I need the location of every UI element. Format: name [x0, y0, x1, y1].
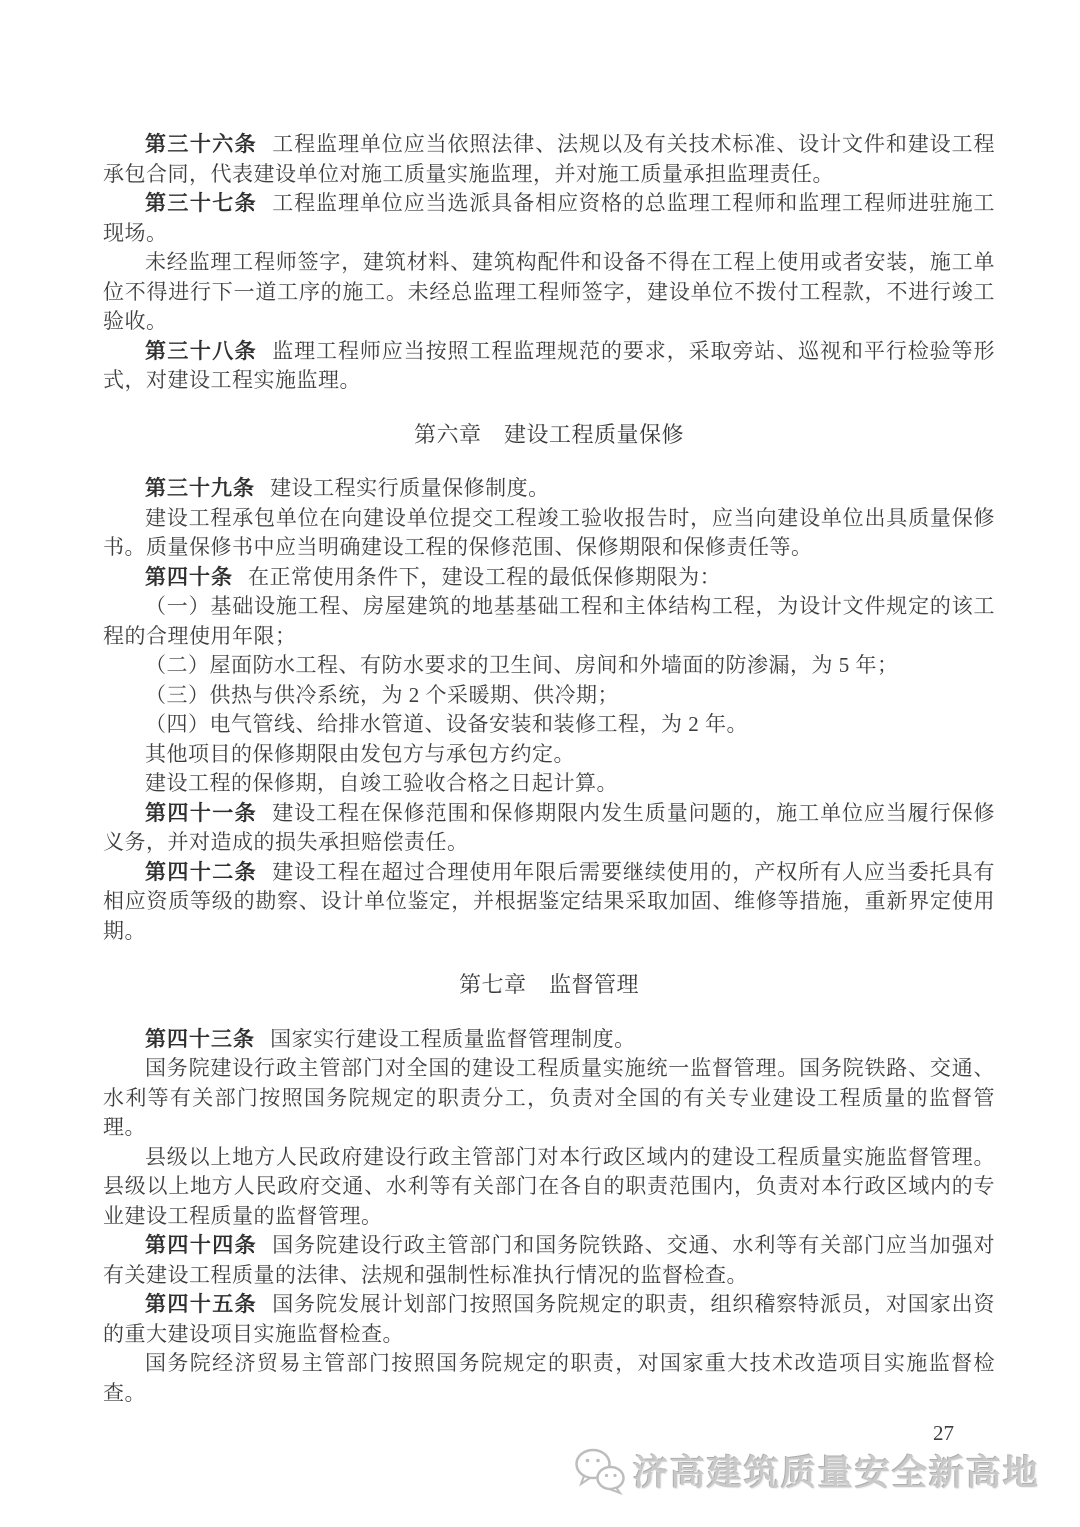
paragraph-text: 其他项目的保修期限由发包方与承包方约定。	[145, 742, 575, 766]
body-paragraph: 未经监理工程师签字，建筑材料、建筑构配件和设备不得在工程上使用或者安装，施工单位…	[103, 248, 995, 337]
paragraph-text: 县级以上地方人民政府建设行政主管部门对本行政区域内的建设工程质量实施监督管理。县…	[103, 1145, 995, 1228]
article-paragraph: 第三十七条工程监理单位应当选派具备相应资格的总监理工程师和监理工程师进驻施工现场…	[103, 189, 995, 248]
paragraph-text: 国家实行建设工程质量监督管理制度。	[270, 1027, 636, 1051]
paragraph-text: 国务院经济贸易主管部门按照国务院规定的职责，对国家重大技术改造项目实施监督检查。	[103, 1351, 995, 1405]
article-paragraph: 第四十五条国务院发展计划部门按照国务院规定的职责，组织稽察特派员，对国家出资的重…	[103, 1290, 995, 1349]
body-paragraph: 县级以上地方人民政府建设行政主管部门对本行政区域内的建设工程质量实施监督管理。县…	[103, 1143, 995, 1232]
article-paragraph: 第四十三条国家实行建设工程质量监督管理制度。	[103, 1025, 995, 1055]
article-number: 第四十条	[145, 566, 233, 589]
body-paragraph: 其他项目的保修期限由发包方与承包方约定。	[103, 740, 995, 770]
article-number: 第三十八条	[145, 340, 257, 363]
article-number: 第四十三条	[145, 1028, 255, 1051]
paragraph-text: 建设工程实行质量保修制度。	[270, 476, 550, 500]
article-paragraph: 第四十条在正常使用条件下，建设工程的最低保修期限为：	[103, 563, 995, 593]
paragraph-text: （三）供热与供冷系统，为 2 个采暖期、供冷期；	[145, 683, 619, 707]
article-number: 第四十二条	[145, 861, 257, 884]
body-paragraph: （三）供热与供冷系统，为 2 个采暖期、供冷期；	[103, 681, 995, 711]
chapter-heading: 第六章 建设工程质量保修	[103, 420, 995, 450]
paragraph-text: 在正常使用条件下，建设工程的最低保修期限为：	[248, 565, 721, 589]
article-paragraph: 第四十一条建设工程在保修范围和保修期限内发生质量问题的，施工单位应当履行保修义务…	[103, 799, 995, 858]
article-paragraph: 第三十六条工程监理单位应当依照法律、法规以及有关技术标准、设计文件和建设工程承包…	[103, 130, 995, 189]
body-paragraph: 建设工程的保修期，自竣工验收合格之日起计算。	[103, 769, 995, 799]
article-paragraph: 第四十二条建设工程在超过合理使用年限后需要继续使用的，产权所有人应当委托具有相应…	[103, 858, 995, 947]
paragraph-text: （一）基础设施工程、房屋建筑的地基基础工程和主体结构工程，为设计文件规定的该工程…	[103, 594, 995, 648]
paragraph-text: （四）电气管线、给排水管道、设备安装和装修工程，为 2 年。	[145, 712, 748, 736]
paragraph-text: 建设工程的保修期，自竣工验收合格之日起计算。	[145, 771, 618, 795]
article-paragraph: 第三十九条建设工程实行质量保修制度。	[103, 474, 995, 504]
body-paragraph: （一）基础设施工程、房屋建筑的地基基础工程和主体结构工程，为设计文件规定的该工程…	[103, 592, 995, 651]
article-number: 第四十一条	[145, 802, 257, 825]
paragraph-text: 建设工程承包单位在向建设单位提交工程竣工验收报告时，应当向建设单位出具质量保修书…	[103, 506, 995, 560]
paragraph-text: 国务院建设行政主管部门对全国的建设工程质量实施统一监督管理。国务院铁路、交通、水…	[103, 1056, 995, 1139]
article-paragraph: 第四十四条国务院建设行政主管部门和国务院铁路、交通、水利等有关部门应当加强对有关…	[103, 1231, 995, 1290]
article-number: 第三十六条	[145, 133, 257, 156]
watermark-text: 济高建筑质量安全新高地	[633, 1446, 1040, 1496]
article-number: 第三十九条	[145, 477, 255, 500]
watermark: 济高建筑质量安全新高地	[574, 1446, 1040, 1496]
wechat-icon	[574, 1447, 626, 1495]
body-paragraph: （四）电气管线、给排水管道、设备安装和装修工程，为 2 年。	[103, 710, 995, 740]
chapter-heading: 第七章 监督管理	[103, 970, 995, 1000]
paragraph-text: 未经监理工程师签字，建筑材料、建筑构配件和设备不得在工程上使用或者安装，施工单位…	[103, 250, 995, 333]
article-number: 第四十四条	[145, 1234, 257, 1257]
article-paragraph: 第三十八条监理工程师应当按照工程监理规范的要求，采取旁站、巡视和平行检验等形式，…	[103, 337, 995, 396]
article-number: 第三十七条	[145, 192, 257, 215]
body-paragraph: 国务院经济贸易主管部门按照国务院规定的职责，对国家重大技术改造项目实施监督检查。	[103, 1349, 995, 1408]
body-paragraph: 建设工程承包单位在向建设单位提交工程竣工验收报告时，应当向建设单位出具质量保修书…	[103, 504, 995, 563]
body-paragraph: 国务院建设行政主管部门对全国的建设工程质量实施统一监督管理。国务院铁路、交通、水…	[103, 1054, 995, 1143]
paragraph-text: （二）屋面防水工程、有防水要求的卫生间、房间和外墙面的防渗漏，为 5 年；	[145, 653, 899, 677]
document-body: 第三十六条工程监理单位应当依照法律、法规以及有关技术标准、设计文件和建设工程承包…	[103, 130, 995, 1408]
page-number: 27	[933, 1421, 954, 1446]
body-paragraph: （二）屋面防水工程、有防水要求的卫生间、房间和外墙面的防渗漏，为 5 年；	[103, 651, 995, 681]
article-number: 第四十五条	[145, 1293, 257, 1316]
